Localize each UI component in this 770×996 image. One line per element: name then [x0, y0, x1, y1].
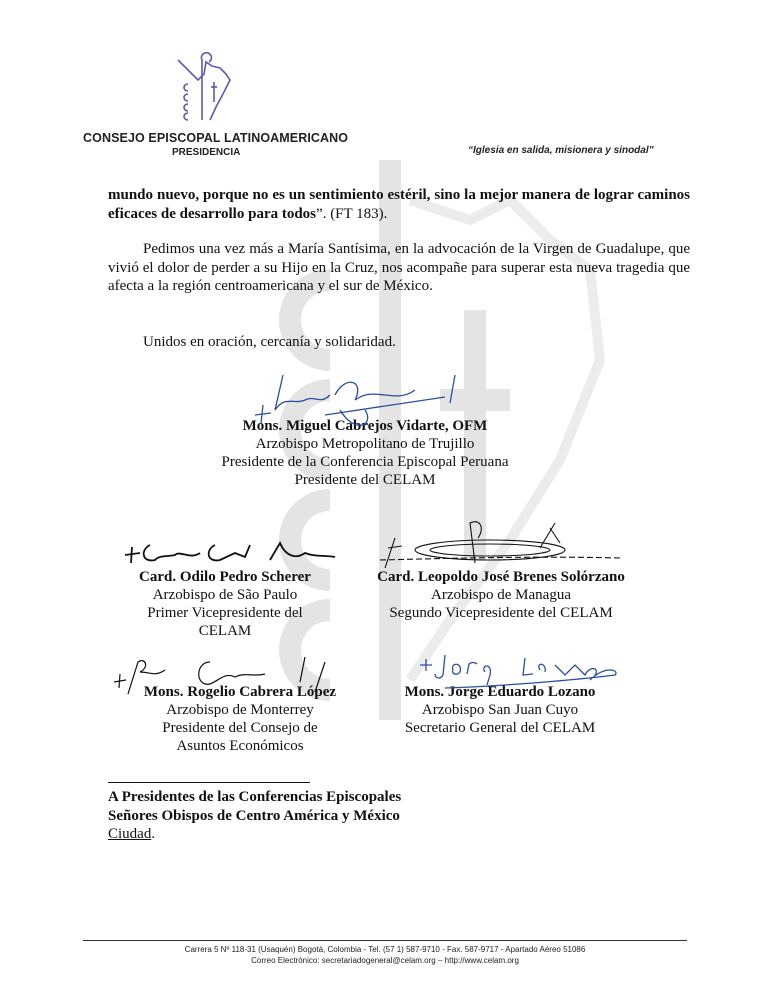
signatory-title: Primer Vicepresidente del: [110, 604, 340, 622]
organization-name: CONSEJO EPISCOPAL LATINOAMERICANO: [83, 131, 348, 145]
footer-address: Carrera 5 Nº 118-31 (Usaquén) Bogotá, Co…: [83, 944, 687, 955]
addressee-city: Ciudad: [108, 826, 151, 842]
addressee-line: Señores Obispos de Centro América y Méxi…: [108, 807, 401, 826]
signatory-title: Presidente del CELAM: [190, 471, 540, 489]
paragraph-quote: mundo nuevo, porque no es un sentimiento…: [108, 186, 690, 223]
signature-scherer-icon: [120, 535, 340, 570]
addressee-divider: [108, 782, 310, 783]
closing-line: Unidos en oración, cercanía y solidarida…: [143, 333, 725, 352]
signatory-title: Secretario General del CELAM: [380, 719, 620, 737]
addressee-block: A Presidentes de las Conferencias Episco…: [108, 788, 401, 844]
signature-cabrejos-icon: [245, 365, 470, 445]
celam-logo-icon: [176, 52, 246, 122]
signatory-block-first-vp: Card. Odilo Pedro Scherer Arzobispo de S…: [110, 568, 340, 640]
signatory-title: Arzobispo de Managua: [360, 586, 642, 604]
signatory-block-second-vp: Card. Leopoldo José Brenes Solórzano Arz…: [360, 568, 642, 622]
footer: Carrera 5 Nº 118-31 (Usaquén) Bogotá, Co…: [83, 944, 687, 966]
signatory-name: Card. Odilo Pedro Scherer: [110, 568, 340, 586]
signatory-title: Arzobispo San Juan Cuyo: [380, 701, 620, 719]
signatory-title: Presidente del Consejo de: [120, 719, 360, 737]
quote-citation: ”. (FT 183).: [316, 206, 387, 222]
paragraph-prayer: Pedimos una vez más a María Santísima, e…: [108, 240, 690, 296]
footer-divider: [83, 940, 687, 941]
signatory-title: Arzobispo de Monterrey: [120, 701, 360, 719]
signature-brenes-icon: [380, 518, 620, 573]
footer-contact: Correo Electrónico: secretariadogeneral@…: [83, 955, 687, 966]
addressee-line: A Presidentes de las Conferencias Episco…: [108, 788, 401, 807]
signatory-title: Arzobispo de São Paulo: [110, 586, 340, 604]
signatory-title: Segundo Vicepresidente del CELAM: [360, 604, 642, 622]
organization-subtitle: PRESIDENCIA: [172, 147, 240, 158]
signature-lozano-icon: [415, 650, 620, 695]
motto: “Iglesia en salida, misionera y sinodal”: [468, 145, 654, 156]
addressee-city-period: .: [151, 826, 155, 842]
signatory-title: Presidente de la Conferencia Episcopal P…: [190, 453, 540, 471]
signature-cabrera-icon: [110, 652, 350, 697]
signatory-title: CELAM: [110, 622, 340, 640]
quote-bold-text: mundo nuevo, porque no es un sentimiento…: [108, 187, 690, 222]
signatory-title: Asuntos Económicos: [120, 737, 360, 755]
